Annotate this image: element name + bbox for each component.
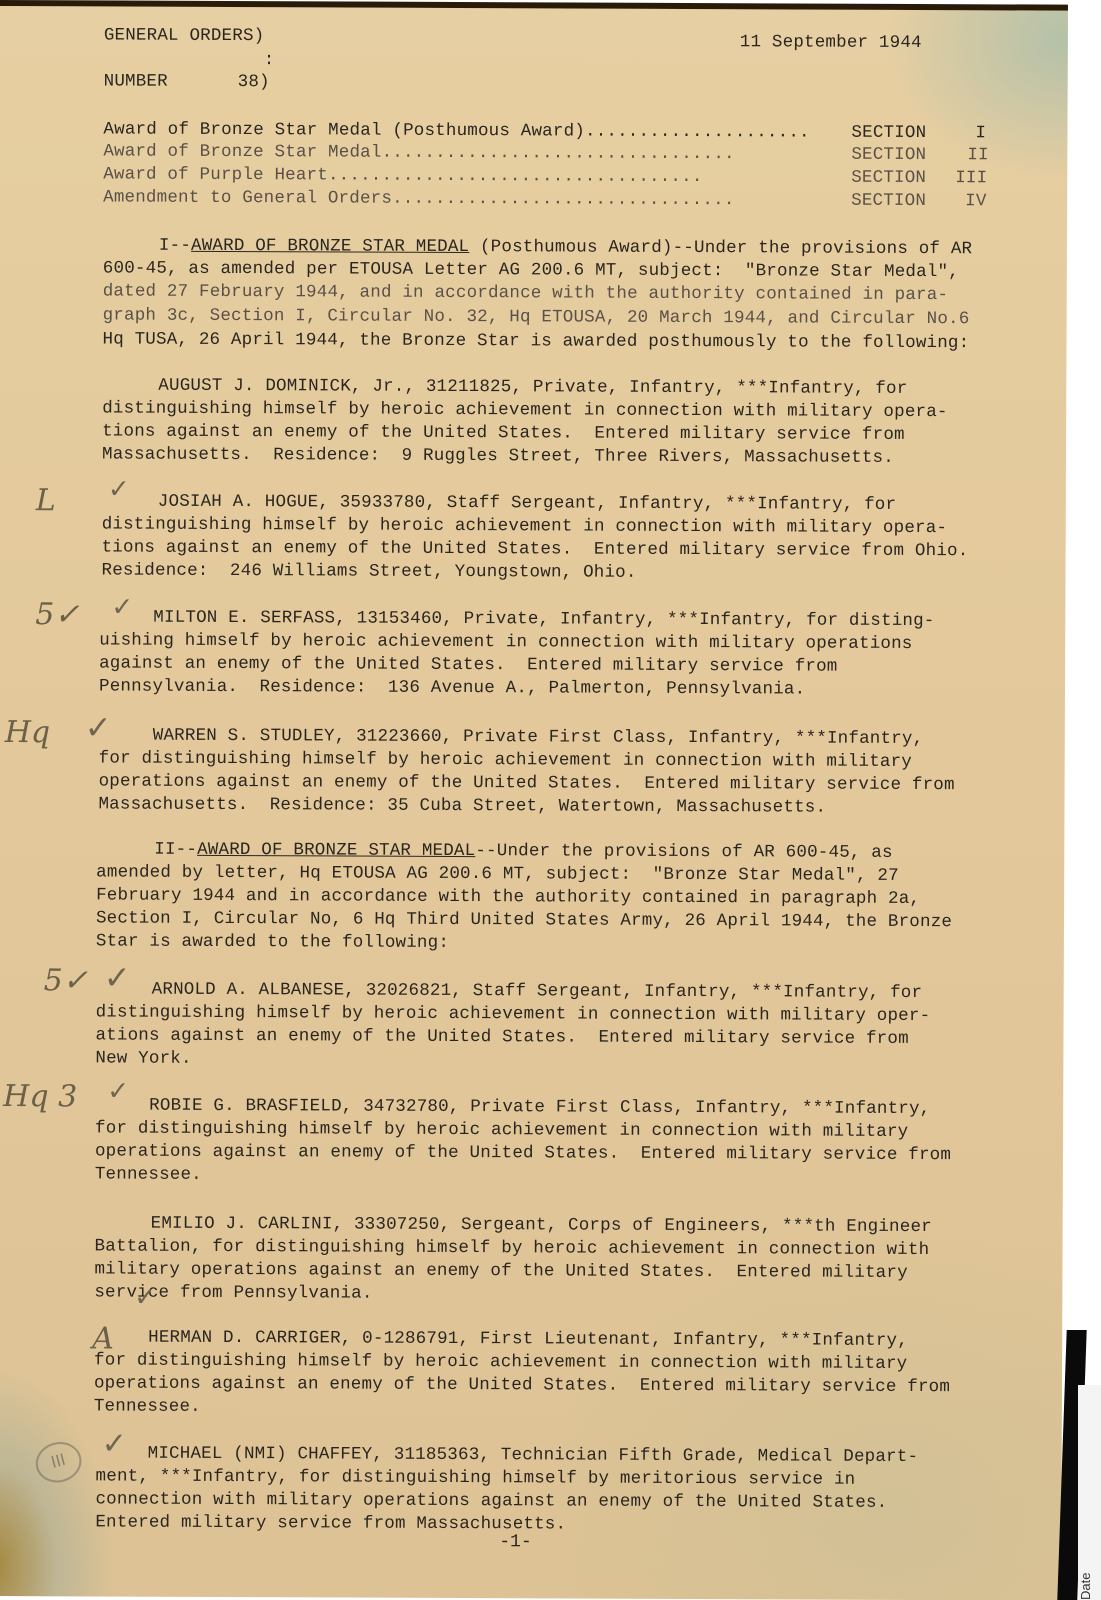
awardee-line: Massachusetts. Residence: 9 Ruggles Stre… bbox=[102, 443, 894, 469]
awardee-line: operations against an enemy of the Unite… bbox=[95, 1140, 951, 1167]
awardee-line: EMILIO J. CARLINI, 33307250, Sergeant, C… bbox=[151, 1213, 932, 1239]
checkmark-icon: ✓ bbox=[107, 1076, 129, 1106]
awardee-line: AUGUST J. DOMINICK, Jr., 31211825, Priva… bbox=[158, 375, 907, 401]
awardee-entry: ARNOLD A. ALBANESE, 32026821, Staff Serg… bbox=[0, 6, 1068, 11]
awardee-line: ARNOLD A. ALBANESE, 32026821, Staff Serg… bbox=[152, 979, 923, 1005]
section-2: II--AWARD OF BRONZE STAR MEDAL--Under th… bbox=[0, 6, 1068, 11]
awardee-line: ROBIE G. BRASFIELD, 34732780, Private Fi… bbox=[149, 1095, 930, 1121]
awardee-entry: HERMAN D. CARRIGER, 0-1286791, First Lie… bbox=[0, 6, 1068, 11]
awardee-entry: MILTON E. SERFASS, 13153460, Private, In… bbox=[0, 6, 1068, 11]
awardee-line: New York. bbox=[95, 1047, 191, 1070]
awardee-line: JOSIAH A. HOGUE, 35933780, Staff Sergean… bbox=[158, 491, 897, 517]
awardee-line: MILTON E. SERFASS, 13153460, Private, In… bbox=[153, 607, 934, 633]
header-colon: : bbox=[264, 49, 275, 72]
contents-item-2: Award of Bronze Star Medal..............… bbox=[103, 140, 735, 166]
awardee-line: ations against an enemy of the United St… bbox=[95, 1024, 908, 1051]
margin-note-5: 5✓ bbox=[44, 966, 88, 996]
awardee-entry: MICHAEL (NMI) CHAFFEY, 31185363, Technic… bbox=[0, 6, 1068, 11]
contents-section-label-3: SECTION bbox=[851, 167, 926, 190]
section-2-heading: AWARD OF BRONZE STAR MEDAL bbox=[197, 840, 475, 861]
contents-section-label-2: SECTION bbox=[851, 144, 926, 167]
awardee-line: ment, ***Infantry, for distinguishing hi… bbox=[96, 1465, 856, 1491]
order-number: 38) bbox=[238, 71, 270, 94]
awardee-line: Residence: 246 Williams Street, Youngsto… bbox=[101, 559, 636, 584]
contents-section-num-2: II bbox=[967, 144, 989, 167]
section-2-line: Star is awarded to the following: bbox=[96, 930, 449, 955]
awardee-line: Tennessee. bbox=[95, 1163, 202, 1186]
checkmark-icon: ✓ bbox=[108, 474, 130, 504]
number-label: NUMBER bbox=[104, 70, 168, 93]
awardee-line: WARREN S. STUDLEY, 31223660, Private Fir… bbox=[153, 725, 924, 751]
section-2-line: amended by letter, Hq ETOUSA AG 200.6 MT… bbox=[96, 861, 899, 888]
page-number: -1- bbox=[499, 1532, 531, 1552]
section-1-line: graph 3c, Section I, Circular No. 32, Hq… bbox=[103, 304, 970, 331]
side-label-tag: Date bbox=[1078, 1385, 1101, 1600]
general-orders-label: GENERAL ORDERS) bbox=[104, 24, 265, 48]
contents-section-label-4: SECTION bbox=[851, 190, 926, 213]
contents-list: Award of Bronze Star Medal (Posthumous A… bbox=[0, 6, 1068, 11]
faded-stamp: III bbox=[31, 1437, 86, 1487]
awardee-entry: EMILIO J. CARLINI, 33307250, Sergeant, C… bbox=[0, 6, 1068, 11]
awardee-entry: JOSIAH A. HOGUE, 35933780, Staff Sergean… bbox=[0, 6, 1068, 11]
margin-note-5: 5✓ bbox=[35, 600, 79, 630]
checkmark-icon: ✓ bbox=[111, 592, 133, 622]
awardee-entry: WARREN S. STUDLEY, 31223660, Private Fir… bbox=[0, 6, 1068, 11]
awardee-line: HERMAN D. CARRIGER, 0-1286791, First Lie… bbox=[148, 1327, 908, 1353]
section-2-first-line: II--AWARD OF BRONZE STAR MEDAL--Under th… bbox=[154, 839, 893, 865]
contents-section-num-4: IV bbox=[965, 190, 987, 213]
awardee-line: against an enemy of the United States. E… bbox=[99, 652, 838, 678]
margin-note-l: L bbox=[36, 486, 56, 516]
checkmark-icon: ✓ bbox=[85, 708, 112, 746]
document-page: GENERAL ORDERS) : NUMBER 38) 11 Septembe… bbox=[0, 0, 1068, 1600]
contents-section-num-3: III bbox=[955, 167, 987, 190]
contents-section-label-1: SECTION bbox=[851, 122, 926, 145]
contents-item-4: Amendment to General Orders.............… bbox=[103, 186, 735, 212]
awardee-line: Pennsylvania. Residence: 136 Avenue A., … bbox=[99, 675, 805, 701]
checkmark-icon: ✓ bbox=[134, 1283, 156, 1313]
margin-note-hq: Hq bbox=[5, 718, 51, 748]
contents-section-num-1: I bbox=[975, 122, 986, 145]
checkmark-icon: ✓ bbox=[104, 958, 131, 996]
awardee-line: Massachusetts. Residence: 35 Cuba Street… bbox=[98, 793, 826, 819]
section-1-heading: AWARD OF BRONZE STAR MEDAL bbox=[191, 236, 469, 257]
awardee-entry: AUGUST J. DOMINICK, Jr., 31211825, Priva… bbox=[0, 6, 1068, 11]
margin-note-hq-3: Hq 3 bbox=[3, 1082, 77, 1112]
section-1: I--AWARD OF BRONZE STAR MEDAL (Posthumou… bbox=[0, 6, 1068, 11]
awardee-line: Tennessee. bbox=[94, 1395, 201, 1418]
awardee-line: connection with military operations agai… bbox=[95, 1488, 887, 1514]
awardee-line: Entered military service from Massachuse… bbox=[95, 1511, 566, 1536]
section-1-line: dated 27 February 1944, and in accordanc… bbox=[103, 280, 949, 307]
awardee-entry: ROBIE G. BRASFIELD, 34732780, Private Fi… bbox=[0, 6, 1068, 11]
awardee-line: tions against an enemy of the United Sta… bbox=[102, 420, 905, 447]
section-1-line: Hq TUSA, 26 April 1944, the Bronze Star … bbox=[102, 328, 969, 355]
awardee-line: MICHAEL (NMI) CHAFFEY, 31185363, Technic… bbox=[148, 1443, 919, 1469]
order-date: 11 September 1944 bbox=[740, 31, 922, 55]
awardee-line: operations against an enemy of the Unite… bbox=[94, 1372, 950, 1399]
checkmark-icon: ✓ bbox=[102, 1426, 127, 1461]
contents-item-3: Award of Purple Heart...................… bbox=[103, 163, 702, 189]
